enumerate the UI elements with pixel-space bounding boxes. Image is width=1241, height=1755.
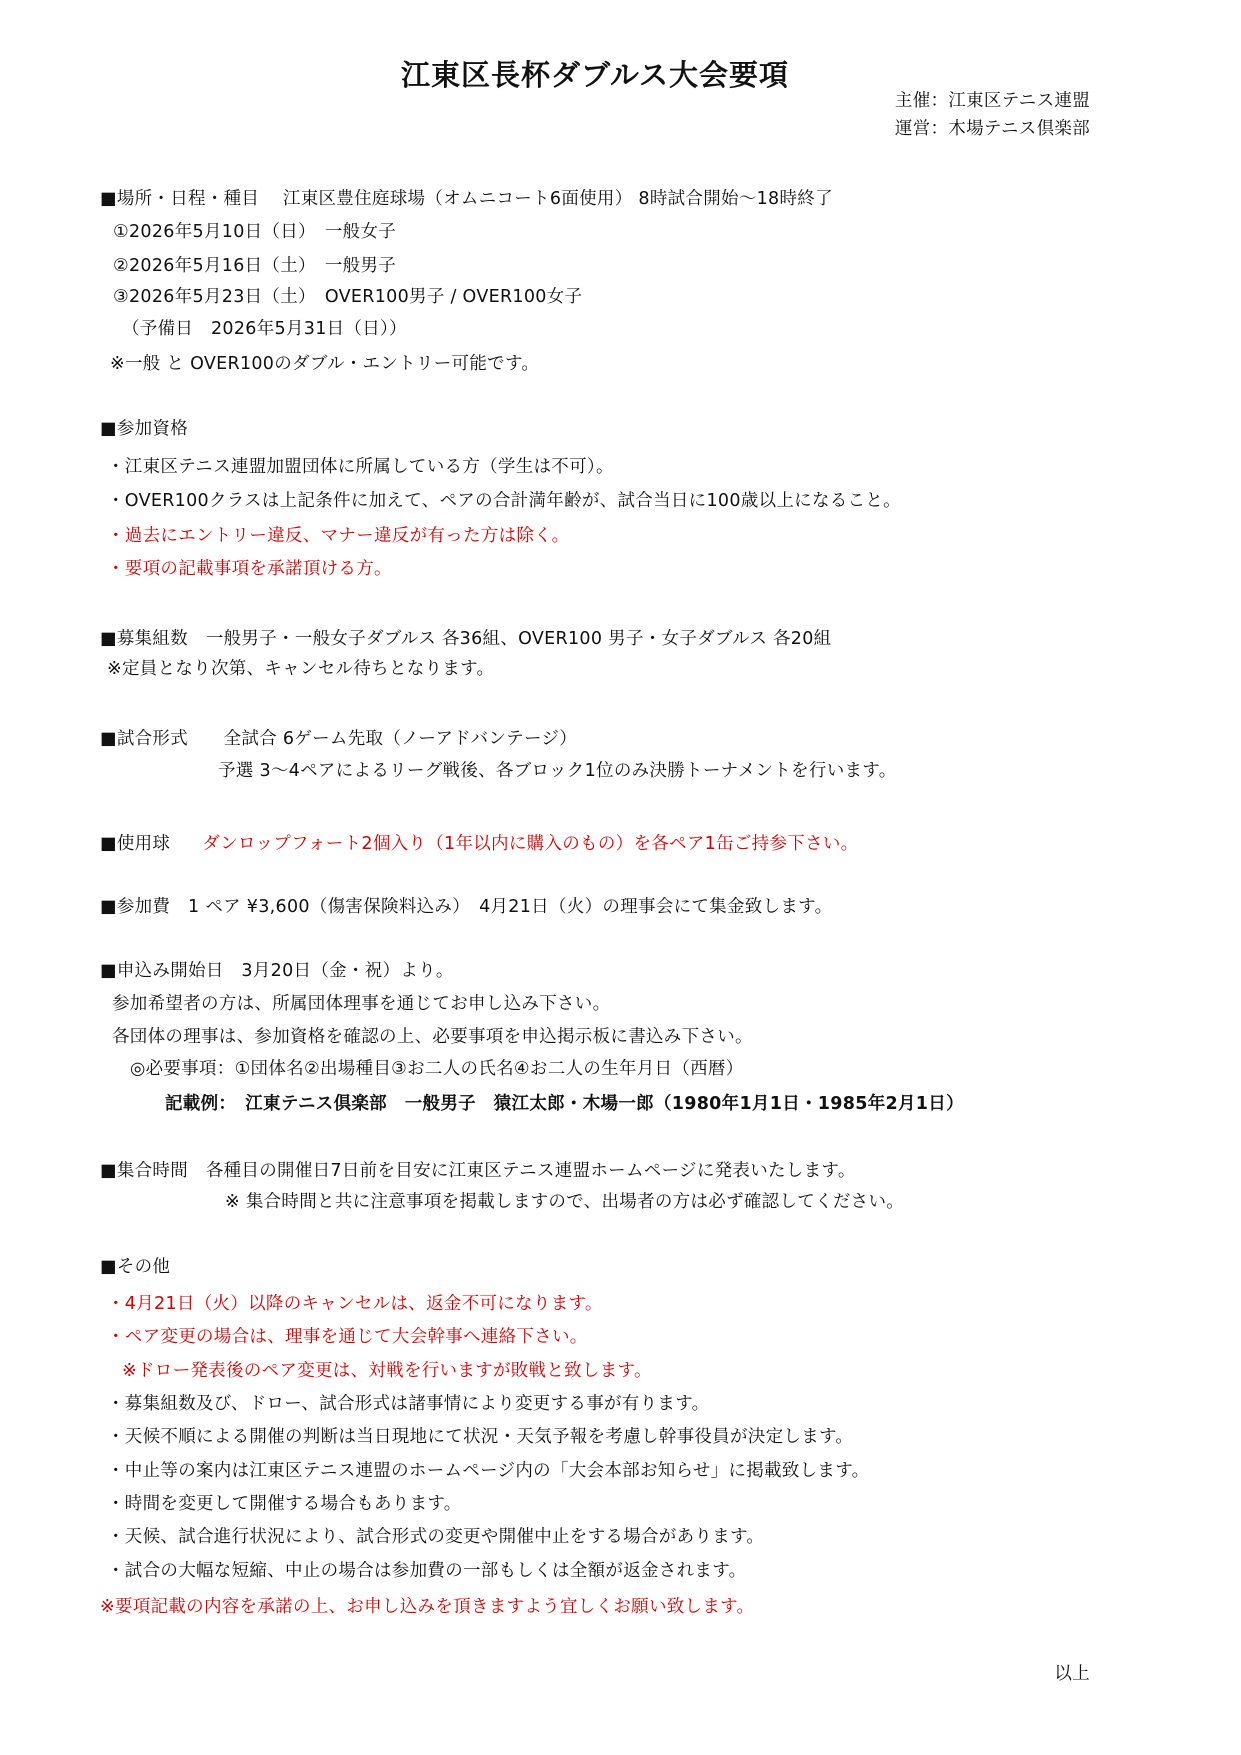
application-example: 記載例： 江東テニス倶楽部 一般男子 猿江太郎・木場一郎（1980年1月1日・1… (165, 1089, 964, 1119)
fee-heading: ■参加費 1 ペア ¥3,600（傷害保険料込み） 4月21日（火）の理事会にて… (100, 892, 832, 922)
balls-detail-warning: ダンロップフォート2個入り（1年以内に購入のもの）を各ペア1缶ご持参下さい。 (202, 834, 858, 854)
others-item-warning-note: ※ドロー発表後のペア変更は、対戦を行いますが敗戦と致します。 (122, 1356, 652, 1386)
others-item: ・天候不順による開催の判断は当日現地にて状況・天気予報を考慮し幹事役員が決定しま… (107, 1422, 853, 1452)
balls-label: ■使用球 (100, 834, 170, 854)
closing-text: 以上 (100, 1659, 1090, 1689)
format-heading: ■試合形式 全試合 6ゲーム先取（ノーアドバンテージ） (100, 724, 577, 754)
venue-date-1: ①2026年5月10日（日） 一般女子 (113, 217, 396, 247)
venue-heading: ■場所・日程・種目 江東区豊住庭球場（オムニコート6面使用） 8時試合開始～18… (100, 184, 833, 214)
others-item-warning: ・ペア変更の場合は、理事を通じて大会幹事へ連絡下さい。 (107, 1322, 588, 1352)
eligibility-item: ・江東区テニス連盟加盟団体に所属している方（学生は不可）。 (107, 452, 614, 482)
others-item: ・時間を変更して開催する場合もあります。 (107, 1489, 462, 1519)
others-item-warning: ・4月21日（火）以降のキャンセルは、返金不可になります。 (107, 1289, 603, 1319)
venue-date-2: ②2026年5月16日（土） 一般男子 (113, 251, 396, 281)
document-page: 江東区長杯ダブルス大会要項 主催：江東区テニス連盟 運営：木場テニス倶楽部 ■場… (0, 0, 1241, 1755)
management-line: 運営：木場テニス倶楽部 (100, 114, 1090, 144)
format-detail: 予選 3～4ペアによるリーグ戦後、各ブロック1位のみ決勝トーナメントを行います。 (218, 756, 897, 786)
eligibility-heading: ■参加資格 (100, 414, 188, 444)
application-required-items: ◎必要事項：①団体名②出場種目③お二人の氏名④お二人の生年月日（西暦） (130, 1054, 744, 1084)
eligibility-item: ・OVER100クラスは上記条件に加えて、ペアの合計満年齢が、試合当日に100歳… (107, 486, 901, 516)
venue-date-3: ③2026年5月23日（土） OVER100男子 / OVER100女子 (113, 282, 582, 312)
eligibility-item-warning: ・過去にエントリー違反、マナー違反が有った方は除く。 (107, 521, 569, 551)
others-item: ・試合の大幅な短縮、中止の場合は参加費の一部もしくは全額が返金されます。 (107, 1556, 746, 1586)
others-heading: ■その他 (100, 1252, 170, 1282)
others-item: ・募集組数及び、ドロー、試合形式は諸事情により変更する事が有ります。 (107, 1389, 709, 1419)
venue-note: ※一般 と OVER100のダブル・エントリー可能です。 (110, 349, 539, 379)
others-item: ・中止等の案内は江東区テニス連盟のホームページ内の「大会本部お知らせ」に掲載致し… (107, 1456, 869, 1486)
application-heading: ■申込み開始日 3月20日（金・祝）より。 (100, 956, 454, 986)
others-item: ・天候、試合進行状況により、試合形式の変更や開催中止をする場合があります。 (107, 1522, 764, 1552)
entries-heading: ■募集組数 一般男子・一般女子ダブルス 各36組、OVER100 男子・女子ダブ… (100, 624, 831, 654)
venue-reserve-date: （予備日 2026年5月31日（日）） (122, 314, 407, 344)
others-final-warning: ※要項記載の内容を承諾の上、お申し込みを頂きますよう宜しくお願い致します。 (100, 1592, 754, 1622)
eligibility-item-warning: ・要項の記載事項を承諾頂ける方。 (107, 554, 392, 584)
application-line: 参加希望者の方は、所属団体理事を通じてお申し込み下さい。 (112, 989, 610, 1019)
entries-note: ※定員となり次第、キャンセル待ちとなります。 (107, 654, 494, 684)
application-line: 各団体の理事は、参加資格を確認の上、必要事項を申込掲示板に書込み下さい。 (112, 1022, 753, 1052)
meeting-heading: ■集合時間 各種目の開催日7日前を目安に江東区テニス連盟ホームページに発表いたし… (100, 1156, 856, 1186)
organizer-line: 主催：江東区テニス連盟 (100, 86, 1090, 116)
meeting-note: ※ 集合時間と共に注意事項を掲載しますので、出場者の方は必ず確認してください。 (225, 1187, 904, 1217)
